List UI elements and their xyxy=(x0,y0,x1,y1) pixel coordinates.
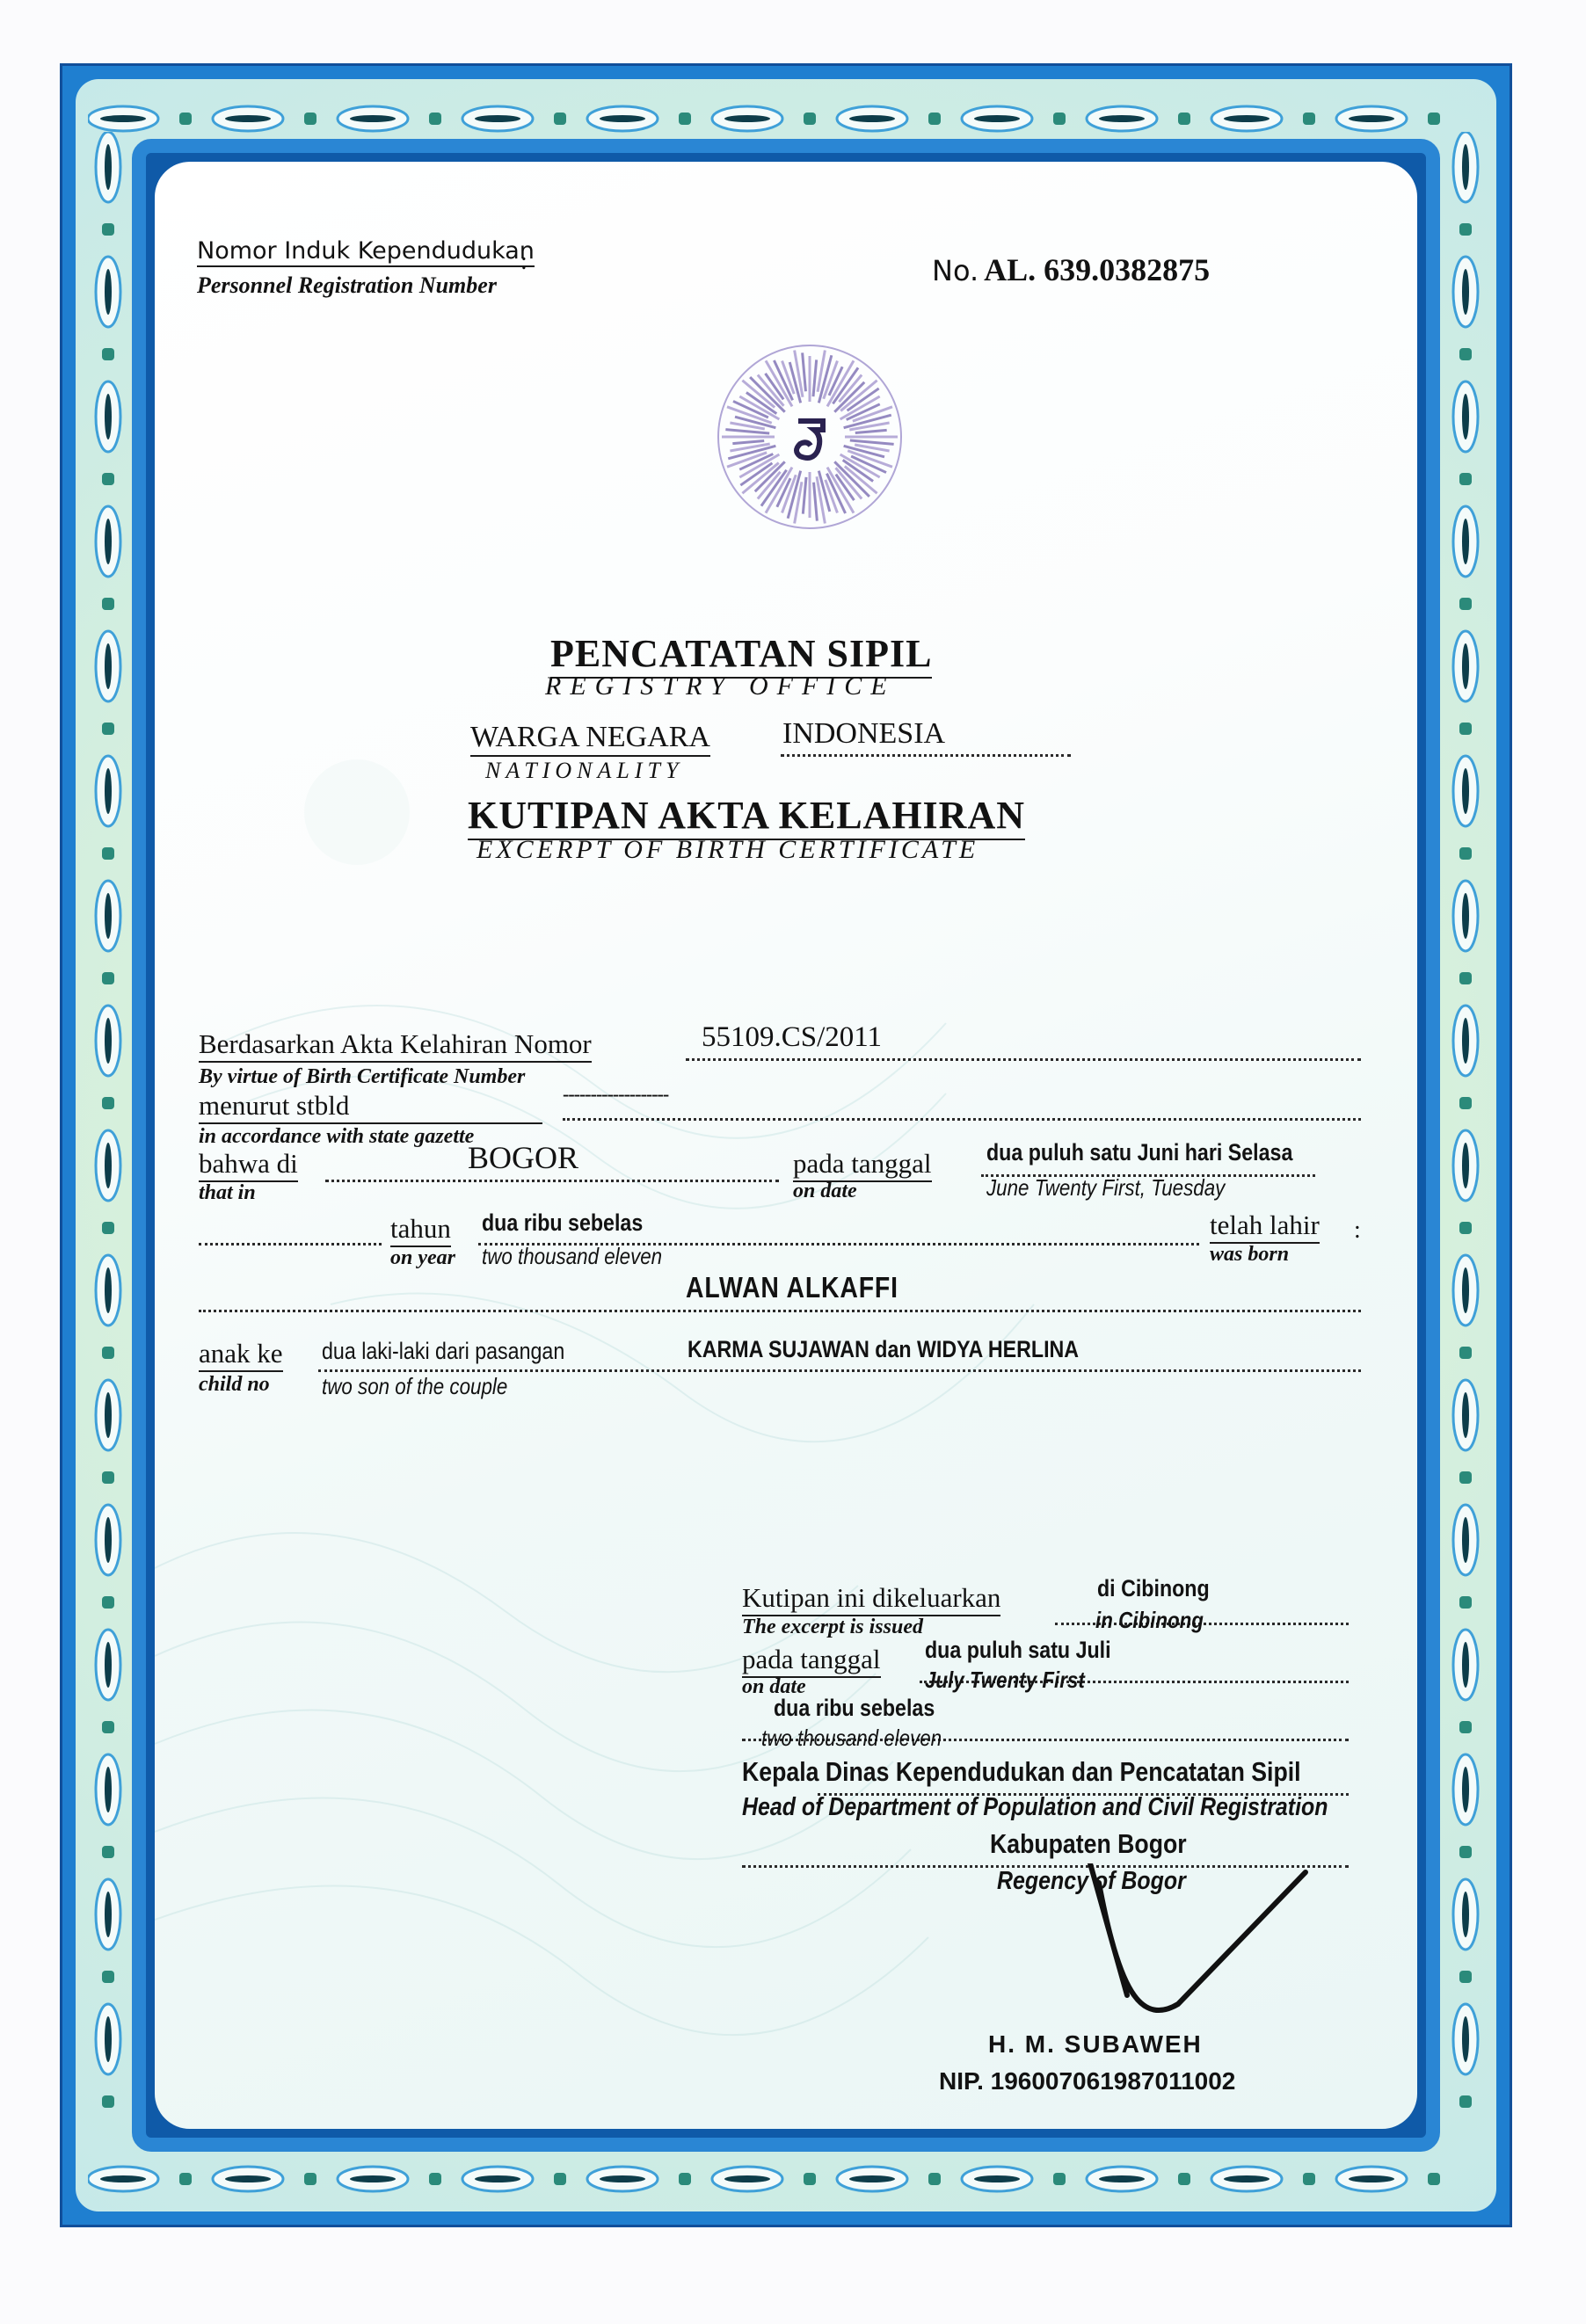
birth-place-label: bahwa di xyxy=(199,1148,298,1182)
birth-cert-dotted-line xyxy=(686,1058,1361,1061)
nationality-label: WARGA NEGARA xyxy=(470,721,710,757)
stbld-dotted-line xyxy=(563,1118,1361,1121)
nik-label-en: Personnel Registration Number xyxy=(197,272,497,299)
issued-date-en: July Twenty First xyxy=(925,1667,1085,1694)
document-title: KUTIPAN AKTA KELAHIRAN xyxy=(468,793,1025,840)
issued-label: Kutipan ini dikeluarkan xyxy=(742,1582,1000,1616)
issued-year-en: two thousand eleven xyxy=(761,1725,942,1752)
birth-place-label-en: that in xyxy=(199,1181,256,1205)
border-ornament-right xyxy=(1442,132,1489,2153)
signatory-nip: NIP. 196007061987011002 xyxy=(939,2067,1235,2095)
birth-cert-value: 55109.CS/2011 xyxy=(702,1021,882,1054)
child-order-label-en: child no xyxy=(199,1373,270,1397)
issued-date-label: pada tanggal xyxy=(742,1644,881,1678)
issued-place: di Cibinong xyxy=(1097,1575,1210,1602)
parents-names: KARMA SUJAWAN dan WIDYA HERLINA xyxy=(688,1336,1079,1363)
birth-year-value-en: two thousand eleven xyxy=(482,1243,662,1270)
certificate-number-value: AL. 639.0382875 xyxy=(984,252,1210,287)
issued-place-en: in Cibinong xyxy=(1095,1607,1204,1634)
birth-year-label-en: on year xyxy=(390,1246,455,1270)
official-title: Kepala Dinas Kependudukan dan Pencatatan… xyxy=(742,1756,1301,1788)
stbld-value: ------------------- xyxy=(563,1083,668,1106)
garuda-seal-icon xyxy=(710,338,909,536)
birth-date-label-en: on date xyxy=(793,1180,857,1203)
child-name-dotted-line xyxy=(199,1310,1361,1312)
official-signature xyxy=(1073,1863,1336,2039)
child-name: ALWAN ALKAFFI xyxy=(686,1271,898,1304)
birth-date-value: dua puluh satu Juni hari Selasa xyxy=(986,1139,1292,1166)
child-order-label: anak ke xyxy=(199,1338,283,1372)
nik-label: Nomor Induk Kependudukan xyxy=(197,237,535,267)
issued-year: dua ribu sebelas xyxy=(774,1695,935,1722)
registry-office-title-en: REGISTRY OFFICE xyxy=(545,672,896,701)
birth-place-value: BOGOR xyxy=(468,1139,578,1176)
issued-label-en: The excerpt is issued xyxy=(742,1616,923,1639)
birth-year-value: dua ribu sebelas xyxy=(482,1209,643,1237)
certificate-number: No.AL. 639.0382875 xyxy=(932,251,1210,288)
border-ornament-left xyxy=(84,132,132,2153)
certificate-number-prefix: No. xyxy=(932,254,979,287)
birth-date-label: pada tanggal xyxy=(793,1148,932,1182)
birth-year-label: tahun xyxy=(390,1213,451,1247)
official-title-en: Head of Department of Population and Civ… xyxy=(742,1793,1328,1822)
issued-date: dua puluh satu Juli xyxy=(925,1637,1111,1664)
year-leading-dotted-line xyxy=(199,1243,382,1246)
was-born-label: telah lahir xyxy=(1210,1209,1320,1244)
nik-colon: : xyxy=(520,248,527,276)
birth-cert-label: Berdasarkan Akta Kelahiran Nomor xyxy=(199,1028,592,1063)
regency: Kabupaten Bogor xyxy=(990,1828,1187,1860)
child-order-dotted-line xyxy=(318,1369,1361,1372)
stbld-label: menurut stbld xyxy=(199,1090,542,1124)
border-ornament-top xyxy=(88,95,1484,142)
birth-date-value-en: June Twenty First, Tuesday xyxy=(986,1174,1225,1202)
nationality-label-en: NATIONALITY xyxy=(485,758,683,784)
stbld-label-en: in accordance with state gazette xyxy=(199,1125,474,1149)
signatory-name: H. M. SUBAWEH xyxy=(988,2030,1203,2059)
border-ornament-bottom xyxy=(88,2155,1484,2203)
was-born-label-en: was born xyxy=(1210,1243,1289,1267)
nationality-value: INDONESIA xyxy=(782,717,945,751)
nationality-dotted-line xyxy=(781,754,1071,757)
child-order-value-en: two son of the couple xyxy=(322,1373,507,1400)
birth-place-dotted-line xyxy=(325,1180,779,1182)
was-born-colon: : xyxy=(1354,1216,1361,1245)
document-title-en: EXCERPT OF BIRTH CERTIFICATE xyxy=(477,835,979,865)
child-order-value: dua laki-laki dari pasangan xyxy=(322,1338,564,1365)
birth-cert-label-en: By virtue of Birth Certificate Number xyxy=(199,1065,525,1089)
